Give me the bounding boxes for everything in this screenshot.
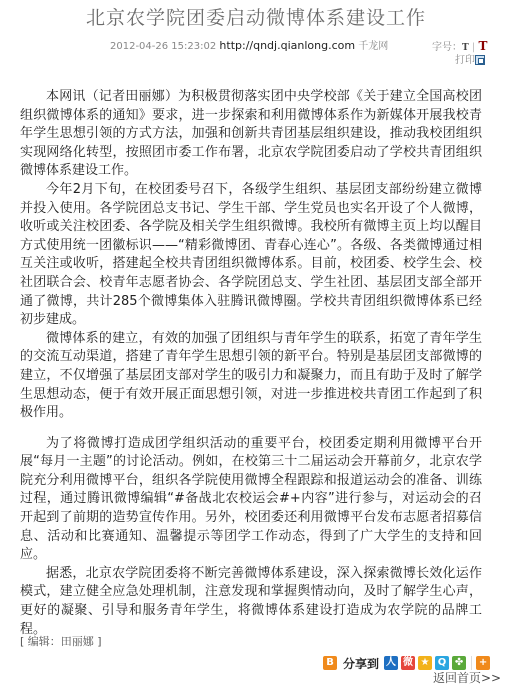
bookmark-icon[interactable]: B <box>323 656 337 670</box>
font-size-control: 字号：T | T <box>432 39 487 55</box>
print-button[interactable]: 打印 <box>455 54 485 68</box>
back-home-link[interactable]: 返回首页>> <box>433 669 501 686</box>
paragraph-4: 为了将微博打造成团学组织活动的重要平台，校团委定期利用微博平台开展“每月一主题”… <box>20 435 482 565</box>
article-body: 本网讯（记者田丽娜）为积极贯彻落实团中央学校部《关于建立全国高校团组织微博体系的… <box>20 88 482 639</box>
kaixin-icon[interactable]: ✤ <box>452 656 466 670</box>
publish-datetime: 2012-04-26 15:23:02 <box>110 41 216 52</box>
print-label: 打印 <box>455 55 475 66</box>
source-name: 千龙网 <box>358 41 388 52</box>
paragraph-1: 本网讯（记者田丽娜）为积极贯彻落实团中央学校部《关于建立全国高校团组织微博体系的… <box>20 88 482 181</box>
article-title: 北京农学院团委启动微博体系建设工作 <box>0 6 512 30</box>
paragraph-5: 据悉，北京农学院团委将不断完善微博体系建设，深入探索微博长效化运作模式，建立健全… <box>20 565 482 639</box>
share-divider <box>471 656 472 670</box>
source-url[interactable]: http://qndj.qianlong.com <box>219 39 355 52</box>
print-icon <box>475 55 485 65</box>
font-large-button[interactable]: T <box>478 39 487 53</box>
editor-credit: [ 编辑：田丽娜 ] <box>20 633 102 649</box>
renren-icon[interactable]: 人 <box>384 656 398 670</box>
paragraph-3: 微博体系的建立，有效的加强了团组织与青年学生的联系，拓宽了青年学生的交流互动渠道… <box>20 330 482 423</box>
article-meta: 2012-04-26 15:23:02 http://qndj.qianlong… <box>110 39 388 54</box>
qzone-icon[interactable]: ★ <box>418 656 432 670</box>
font-small-button[interactable]: T <box>462 43 469 53</box>
weibo-icon[interactable]: 微 <box>401 656 415 670</box>
tencent-weibo-icon[interactable]: Q <box>435 656 449 670</box>
font-separator: | <box>472 42 475 53</box>
more-share-icon[interactable]: + <box>476 656 490 670</box>
paragraph-2: 今年2月下旬，在校团委号召下，各级学生组织、基层团支部纷纷建立微博并投入使用。各… <box>20 181 482 330</box>
share-label: 分享到 <box>343 655 379 672</box>
font-size-label: 字号： <box>432 42 462 53</box>
